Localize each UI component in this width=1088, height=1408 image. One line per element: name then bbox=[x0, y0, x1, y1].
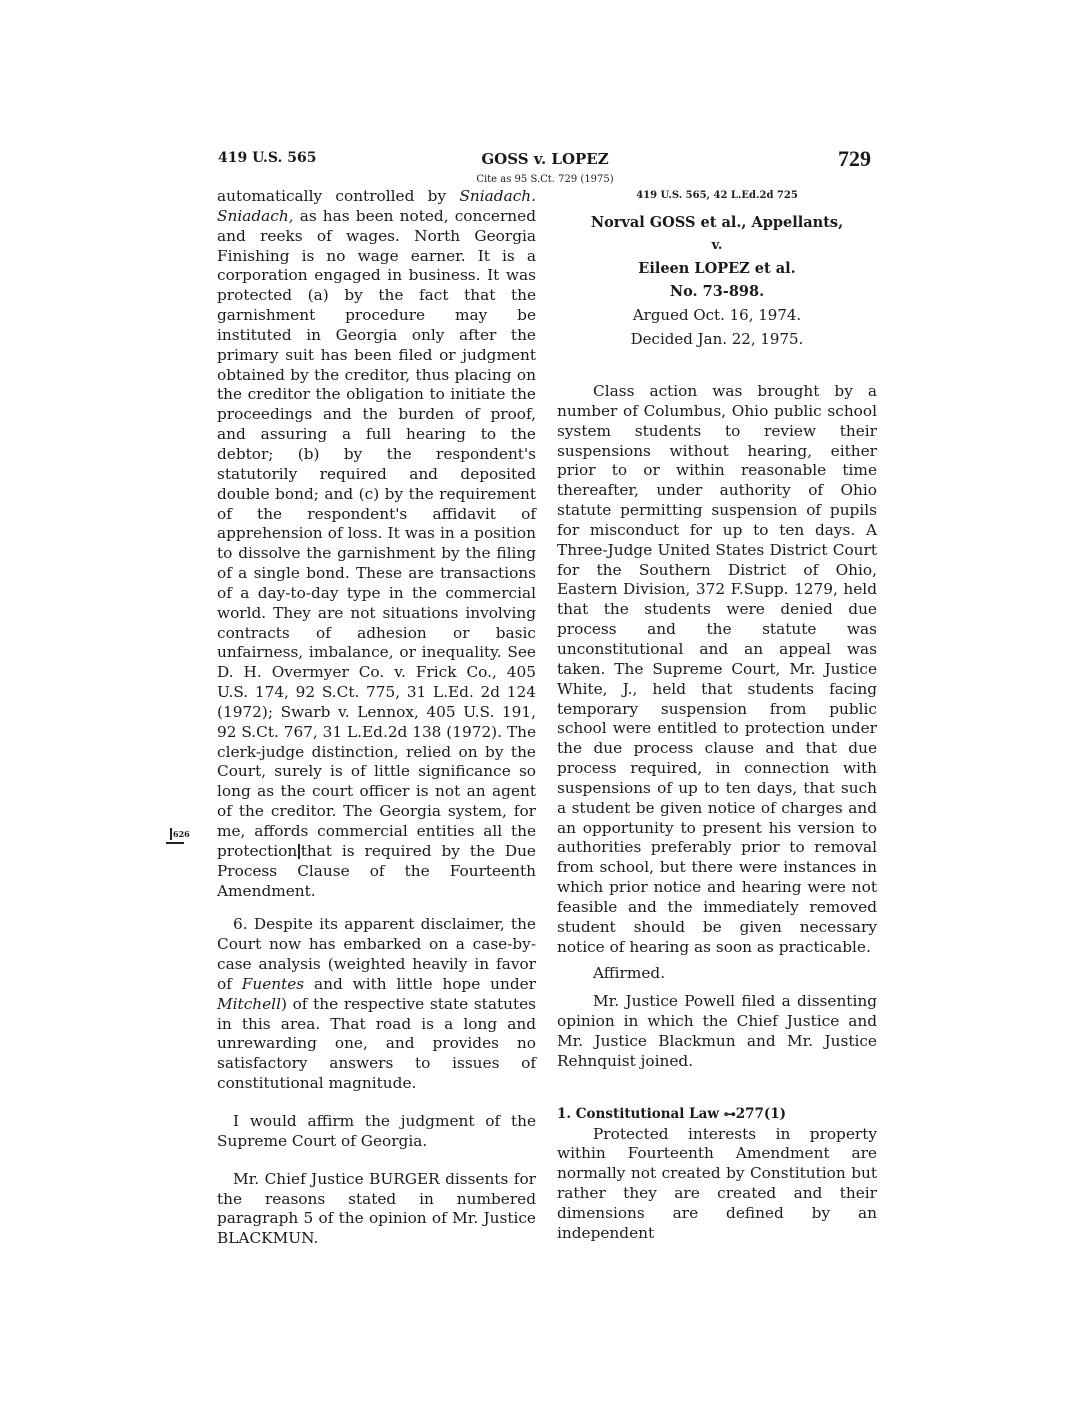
right-column: Class action was brought by a number of … bbox=[557, 382, 877, 1244]
disposition: Affirmed. bbox=[557, 964, 877, 984]
case-name-italic: Mitchell bbox=[217, 995, 281, 1013]
versus: v. bbox=[557, 235, 877, 257]
left-column: automatically controlled by Sniadach. Sn… bbox=[217, 187, 536, 1249]
star-page-bar-icon bbox=[170, 828, 172, 840]
docket-number: No. 73-898. bbox=[557, 281, 877, 303]
argued-date: Argued Oct. 16, 1974. bbox=[557, 303, 877, 327]
headnote-body: Protected interests in property within F… bbox=[557, 1125, 877, 1244]
reporter-citation: 419 U.S. 565, 42 L.Ed.2d 725 bbox=[557, 190, 877, 201]
appellants: Norval GOSS et al., Appellants, bbox=[557, 211, 877, 235]
header-left-citation: 419 U.S. 565 bbox=[218, 150, 316, 166]
star-page-number: 626 bbox=[173, 829, 190, 839]
left-paragraph-1: automatically controlled by Sniadach. Sn… bbox=[217, 187, 536, 901]
star-page-marker: 626 bbox=[170, 828, 190, 840]
left-paragraph-2: 6. Despite its apparent disclaimer, the … bbox=[217, 915, 536, 1094]
case-name-italic: Fuentes bbox=[242, 975, 304, 993]
text-run: and with little hope under bbox=[304, 975, 536, 993]
syllabus: Class action was brought by a number of … bbox=[557, 382, 877, 957]
key-number-icon: ⊶ bbox=[724, 1107, 736, 1121]
dissent-note: Mr. Justice Powell filed a dissenting op… bbox=[557, 992, 877, 1071]
text-run: as has been noted, concerned and reeks o… bbox=[217, 207, 536, 860]
headnote-key-number: 277(1) bbox=[736, 1106, 786, 1122]
text-run: automatically controlled by bbox=[217, 187, 459, 205]
left-paragraph-4: Mr. Chief Justice BURGER dissents for th… bbox=[217, 1170, 536, 1249]
star-page-underline bbox=[166, 842, 184, 844]
appellees: Eileen LOPEZ et al. bbox=[557, 257, 877, 281]
case-caption: 419 U.S. 565, 42 L.Ed.2d 725 Norval GOSS… bbox=[557, 190, 877, 351]
left-paragraph-3: I would affirm the judgment of the Supre… bbox=[217, 1112, 536, 1152]
headnote-topic: 1. Constitutional Law bbox=[557, 1106, 724, 1122]
header-cite-as: Cite as 95 S.Ct. 729 (1975) bbox=[430, 174, 660, 185]
case-name-italic: Sniadach. bbox=[459, 187, 536, 205]
page-break-bracket-icon bbox=[298, 844, 300, 859]
case-name-italic: Sniadach, bbox=[217, 207, 294, 225]
header-case-title: GOSS v. LOPEZ bbox=[430, 150, 660, 168]
headnote-heading: 1. Constitutional Law ⊶277(1) bbox=[557, 1104, 877, 1125]
document-page: 419 U.S. 565 GOSS v. LOPEZ Cite as 95 S.… bbox=[0, 0, 1088, 1408]
decided-date: Decided Jan. 22, 1975. bbox=[557, 327, 877, 351]
page-number: 729 bbox=[838, 146, 871, 172]
